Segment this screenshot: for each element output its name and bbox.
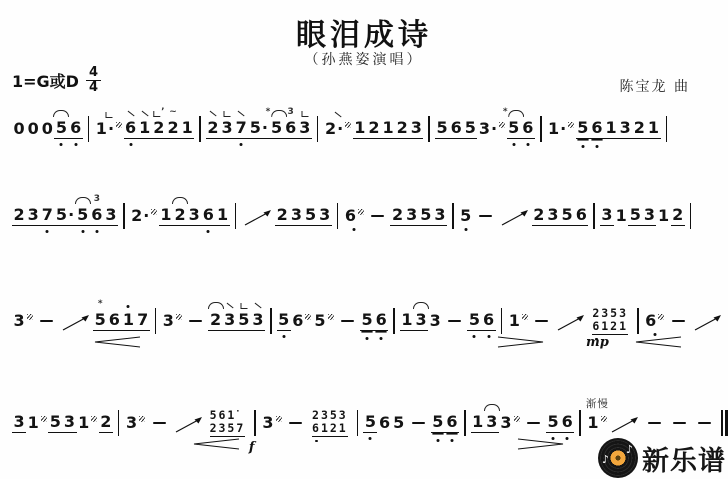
note: 6 <box>560 413 574 432</box>
duration-dash <box>341 320 354 322</box>
note: 3 <box>261 414 283 432</box>
note: 3 <box>600 206 614 225</box>
note-number: 5 <box>50 412 61 431</box>
note-number: 2 <box>672 205 683 224</box>
note-marks <box>224 107 231 117</box>
note-number: 1 <box>648 118 659 137</box>
fingering-mark-icon: ~ <box>169 108 177 117</box>
note-number: 2 <box>277 205 288 224</box>
note: 5· <box>54 206 75 225</box>
octave-dot-below <box>60 143 63 146</box>
fingering-mark-icon <box>141 111 148 117</box>
ritardando-text: 渐慢 <box>586 396 609 411</box>
note: 1 <box>400 311 414 330</box>
octave-dot-below <box>464 228 467 231</box>
tremolo-hatch-icon <box>499 122 505 128</box>
note-number: 6 <box>645 311 656 330</box>
note-number: 2 <box>533 205 544 224</box>
note: 5 <box>431 413 445 432</box>
duration-dash <box>153 422 166 424</box>
barline <box>337 203 339 229</box>
note-number: 2 <box>392 205 403 224</box>
note: 3 <box>485 413 499 432</box>
note-marks: * <box>266 107 288 117</box>
note-number: 0 <box>14 119 25 138</box>
note-number: 6 <box>591 118 602 137</box>
note-number: 5 <box>250 118 261 137</box>
note-number: 3 <box>416 310 427 329</box>
note: 5 <box>313 312 335 330</box>
octave-dot-below <box>207 230 210 233</box>
note-number: 5 <box>420 205 431 224</box>
note-number: 3 <box>486 412 497 431</box>
note: 5 <box>435 119 449 138</box>
note-number: 1 <box>354 118 365 137</box>
note: *5 <box>269 119 283 138</box>
note: 1 <box>159 206 173 225</box>
note: 6 <box>449 119 463 138</box>
tremolo-hatch-icon <box>305 314 311 320</box>
note-number: 6 <box>446 412 457 431</box>
tremolo-hatch-icon <box>151 209 157 215</box>
note-number: 3 <box>163 311 174 330</box>
fingering-mark-icon <box>238 111 245 117</box>
note-number: 6 <box>285 118 296 137</box>
music-note-icon: ♪ <box>602 454 609 465</box>
decrescendo-hairpin-icon <box>516 435 566 454</box>
duration-dash <box>527 422 540 424</box>
tremolo-hatch-icon <box>176 314 182 320</box>
note-number: 3 <box>430 311 441 330</box>
augmentation-dot: · <box>262 118 268 137</box>
augmentation-dot: · <box>560 119 566 138</box>
note: 3 <box>405 206 419 225</box>
note-marks <box>209 107 217 117</box>
barline <box>637 308 639 334</box>
music-system-1: 000561·61’2~212375·*53632·121235653·*561… <box>12 97 726 161</box>
slur-arc-icon <box>75 197 91 204</box>
barline <box>690 203 692 229</box>
octave-dot-below <box>380 337 383 340</box>
chord-stack: 23536121 <box>312 409 348 438</box>
brand-name: 新乐谱 <box>642 439 726 478</box>
barline <box>579 410 581 436</box>
vinyl-record-icon: ♪ ♪ <box>598 438 638 478</box>
note: 1 <box>614 207 628 225</box>
note: 7 <box>136 311 150 330</box>
duration-dash <box>40 320 53 322</box>
note: 5· <box>248 119 269 138</box>
note-number: 3 <box>126 413 137 432</box>
note: 0 <box>12 120 26 138</box>
note-number: 3 <box>224 310 235 329</box>
note-number: 5 <box>432 412 443 431</box>
note-number: 3 <box>189 205 200 224</box>
note-number: 0 <box>42 119 53 138</box>
note-number: 2 <box>634 118 645 137</box>
chord-top-voice: 2353 <box>592 307 628 321</box>
octave-dot-below <box>369 437 372 440</box>
slur-arc-icon <box>53 110 69 117</box>
note-number: 2 <box>210 310 221 329</box>
octave-dot-below <box>512 143 515 146</box>
note-number: 6 <box>345 206 356 225</box>
note: 6 <box>377 414 391 432</box>
note-number: 3 <box>500 413 511 432</box>
music-system-2: 2375·53632·1236123536235352356315312 <box>12 184 726 248</box>
note-number: 5 <box>77 205 88 224</box>
note: 6 <box>590 119 604 138</box>
barline <box>540 116 542 142</box>
tremolo-hatch-icon <box>358 209 364 215</box>
note: 3 <box>12 312 34 330</box>
note: 36 <box>90 206 104 225</box>
barline <box>593 203 595 229</box>
barline <box>501 308 503 334</box>
note-number: 5 <box>548 412 559 431</box>
note: 6 <box>644 312 666 330</box>
barline <box>199 116 201 142</box>
note-number: 1 <box>509 311 520 330</box>
note: 3 <box>298 119 312 138</box>
final-barline-thick <box>725 410 728 436</box>
note-number: 1 <box>548 119 559 138</box>
note: 1 <box>138 119 152 138</box>
note-number: 6 <box>125 118 136 137</box>
note-number: 5 <box>278 310 289 329</box>
note-number: 5 <box>508 118 519 137</box>
augmentation-dot: · <box>337 119 343 138</box>
note-marks <box>127 107 135 117</box>
note-number: 3 <box>479 119 490 138</box>
note-number: 3 <box>434 205 445 224</box>
note-number: 3 <box>299 118 310 137</box>
glissando-icon <box>61 313 91 337</box>
octave-dot-below <box>353 228 356 231</box>
duration-dash <box>412 422 425 424</box>
note-marks <box>105 108 112 118</box>
note: 7 <box>234 119 248 138</box>
note-number: 6 <box>522 118 533 137</box>
note: 1 <box>215 206 229 225</box>
note: 1 <box>507 312 529 330</box>
note: 1 <box>180 119 194 138</box>
note-number: 1 <box>96 119 107 138</box>
barline <box>254 410 256 436</box>
note-marks <box>254 299 262 309</box>
note: 3 <box>618 119 632 138</box>
note: 3 <box>251 311 265 330</box>
note-number: 2 <box>100 412 111 431</box>
note: 3 <box>104 206 118 225</box>
note-number: 3 <box>64 412 75 431</box>
note-marks: ’ <box>153 107 164 117</box>
note-number: 3 <box>105 205 116 224</box>
octave-dot-below <box>74 143 77 146</box>
fingering-mark-icon <box>105 112 112 118</box>
note-number: 2 <box>14 205 25 224</box>
chord-bottom-voice: 6121 <box>312 422 348 437</box>
note: 1 <box>121 311 135 330</box>
augmentation-dot: · <box>143 206 149 225</box>
note-number: 3 <box>644 205 655 224</box>
tremolo-hatch-icon <box>27 314 33 320</box>
octave-dot-below <box>473 335 476 338</box>
note-number: 1 <box>658 206 669 225</box>
note-number: 5 <box>56 205 67 224</box>
note: *5 <box>507 119 521 138</box>
note: 2 <box>395 119 409 138</box>
octave-dot-below <box>282 335 285 338</box>
note: 6 <box>521 119 535 138</box>
barline <box>235 203 237 229</box>
duration-dash <box>672 320 685 322</box>
note-number: 5 <box>238 310 249 329</box>
ornament-star-icon: * <box>98 300 103 309</box>
tremolo-hatch-icon <box>568 122 574 128</box>
duration-dash <box>535 320 548 322</box>
octave-dot-below <box>129 143 132 146</box>
note-number: 3 <box>221 118 232 137</box>
note-number: 6 <box>203 205 214 224</box>
octave-dot-below <box>581 145 584 148</box>
note-number: 6 <box>562 412 573 431</box>
fingering-mark-icon <box>226 303 233 309</box>
chord-top-voice: 561̇ <box>210 409 246 423</box>
note: 1· <box>94 120 123 138</box>
note-marks <box>484 401 500 411</box>
note: 5 <box>560 206 574 225</box>
barline <box>155 308 157 334</box>
tremolo-hatch-icon <box>116 122 122 128</box>
ornament-star-icon: * <box>266 108 271 117</box>
chord-bottom-voice: 6121 <box>592 320 628 335</box>
note-number: 3 <box>14 412 25 431</box>
tremolo-hatch-icon <box>522 314 528 320</box>
duration-dash <box>289 422 302 424</box>
note-number: 5 <box>469 310 480 329</box>
note-number: 1 <box>616 206 627 225</box>
tremolo-hatch-icon <box>601 416 607 422</box>
octave-dot-below <box>95 230 98 233</box>
octave-dot-above <box>127 305 130 308</box>
barline <box>123 203 125 229</box>
note: 1· <box>547 120 576 138</box>
tremolo-hatch-icon <box>41 416 47 422</box>
augmentation-dot: · <box>491 119 497 138</box>
note: 5 <box>463 119 477 138</box>
duration-dash <box>648 422 661 424</box>
note: 1 <box>656 207 670 225</box>
note-number: 6 <box>70 118 81 137</box>
watermark-logo: ♪ ♪ 新乐谱 <box>598 438 726 478</box>
note-marks <box>172 194 188 204</box>
note: 2 <box>208 311 222 330</box>
note-number: 6 <box>292 311 303 330</box>
barline <box>118 410 120 436</box>
note-marks: * <box>503 107 525 117</box>
duration-dash <box>371 215 384 217</box>
note: 2· <box>130 207 159 225</box>
note: 5 <box>237 311 251 330</box>
tremolo-hatch-icon <box>328 314 334 320</box>
note-number: 3 <box>319 205 330 224</box>
note: 6 <box>574 206 588 225</box>
note-number: 1 <box>382 118 393 137</box>
chord-stack: 23536121 <box>592 307 628 336</box>
note-number: 5 <box>460 206 471 225</box>
note: 2 <box>12 206 26 225</box>
note: 5 <box>467 311 481 330</box>
note: 5 <box>54 119 68 138</box>
duration-dash <box>698 422 711 424</box>
fingering-mark-icon: ’ <box>161 108 164 117</box>
note: 0 <box>40 120 54 138</box>
note-marks: 3 <box>94 194 100 204</box>
augmentation-dot: · <box>108 119 114 138</box>
note: ’2 <box>152 119 166 138</box>
glissando-icon <box>500 208 530 232</box>
note: 1 <box>471 413 485 432</box>
note: 2 <box>367 119 381 138</box>
sheet-page: 眼泪成诗 （孙燕姿演唱） 1=G或D 4 4 陈宝龙 曲 000561·61’2… <box>0 0 728 479</box>
note-marks <box>226 299 234 309</box>
note: 1 <box>26 414 48 432</box>
note: 3 <box>499 414 521 432</box>
chord-top-voice: 2353 <box>312 409 348 423</box>
note: 3 <box>12 413 26 432</box>
note: 3 <box>220 119 234 138</box>
note: 6 <box>201 206 215 225</box>
chord-stack: 561̇2357 <box>210 409 246 438</box>
note: 3 <box>318 206 332 225</box>
score: 000561·61’2~212375·*53632·121235653·*561… <box>0 0 728 479</box>
note-number: 3 <box>28 205 39 224</box>
note: 2 <box>206 119 220 138</box>
note-marks <box>208 299 224 309</box>
note-number: 3 <box>406 205 417 224</box>
note: 6 <box>69 119 83 138</box>
octave-dot-below <box>81 230 84 233</box>
note-number: 5 <box>365 412 376 431</box>
note-number: 3 <box>601 205 612 224</box>
note-number: 3 <box>291 205 302 224</box>
note-number: 1 <box>472 412 483 431</box>
fingering-mark-icon <box>209 111 216 117</box>
note-marks <box>141 107 149 117</box>
note-number: 1 <box>217 205 228 224</box>
note: 3· <box>477 120 506 138</box>
note-number: 3 <box>547 205 558 224</box>
note: 2 <box>632 119 646 138</box>
note-number: 2 <box>175 205 186 224</box>
note-number: 3 <box>411 118 422 137</box>
note: 6 <box>445 413 459 432</box>
slur-arc-icon <box>208 302 224 309</box>
note-number: 1 <box>160 205 171 224</box>
note: 6 <box>291 312 313 330</box>
slur-arc-icon <box>509 110 525 117</box>
note-number: 2 <box>131 206 142 225</box>
note: 5 <box>546 413 560 432</box>
barline <box>393 308 395 334</box>
note-number: 5 <box>271 118 282 137</box>
note-number: 5 <box>393 413 404 432</box>
note-number: 1 <box>401 310 412 329</box>
note-number: 0 <box>28 119 39 138</box>
barline <box>428 116 430 142</box>
note: 3 <box>124 414 146 432</box>
octave-dot-below <box>526 143 529 146</box>
note: 7 <box>40 206 54 225</box>
note-number: 1 <box>78 413 89 432</box>
barline <box>270 308 272 334</box>
fingering-mark-icon <box>224 111 231 117</box>
ornament-star-icon: * <box>503 108 508 117</box>
triplet-number: 3 <box>94 195 100 204</box>
fingering-mark-icon <box>301 111 308 117</box>
decrescendo-hairpin-icon <box>496 333 546 352</box>
note-number: 6 <box>376 310 387 329</box>
note-number: 1 <box>139 118 150 137</box>
note: 6 <box>481 311 495 330</box>
barline <box>666 116 668 142</box>
note-number: 5 <box>56 118 67 137</box>
augmentation-dot: · <box>68 205 74 224</box>
note-number: 1 <box>606 118 617 137</box>
note-number: 5 <box>577 118 588 137</box>
note-number: 2 <box>207 118 218 137</box>
note-marks <box>413 299 429 309</box>
slur-arc-icon <box>484 404 500 411</box>
note: 6 <box>124 119 138 138</box>
note: 3 <box>161 312 183 330</box>
octave-dot-below <box>46 230 49 233</box>
note: 3 <box>289 206 303 225</box>
octave-dot-below <box>366 337 369 340</box>
note-number: 5 <box>362 310 373 329</box>
music-note-icon: ♪ <box>626 444 633 455</box>
note: 3 <box>26 206 40 225</box>
note: 1 <box>646 119 660 138</box>
barline <box>357 410 359 436</box>
fingering-mark-icon <box>240 303 247 309</box>
note-number: 5 <box>314 311 325 330</box>
fingering-mark-icon <box>335 111 342 117</box>
note: 3 <box>642 206 656 225</box>
note: 3 <box>546 206 560 225</box>
note-number: 5 <box>562 205 573 224</box>
note: 5 <box>76 206 90 225</box>
glissando-icon <box>693 313 723 337</box>
duration-dash <box>448 320 461 322</box>
note-marks <box>75 194 91 204</box>
note-number: 6 <box>109 310 120 329</box>
note: 1 <box>586 414 608 432</box>
triplet-number: 3 <box>288 108 294 117</box>
note: 3 <box>433 206 447 225</box>
tremolo-hatch-icon <box>276 416 282 422</box>
note: 2 <box>173 206 187 225</box>
final-barline <box>721 410 728 436</box>
note: 3 <box>428 312 442 330</box>
duration-dash <box>189 320 202 322</box>
note: 5 <box>392 414 406 432</box>
note: 3 <box>409 119 423 138</box>
note: 2· <box>323 120 352 138</box>
glissando-icon <box>610 415 640 439</box>
note-number: 1 <box>182 118 193 137</box>
